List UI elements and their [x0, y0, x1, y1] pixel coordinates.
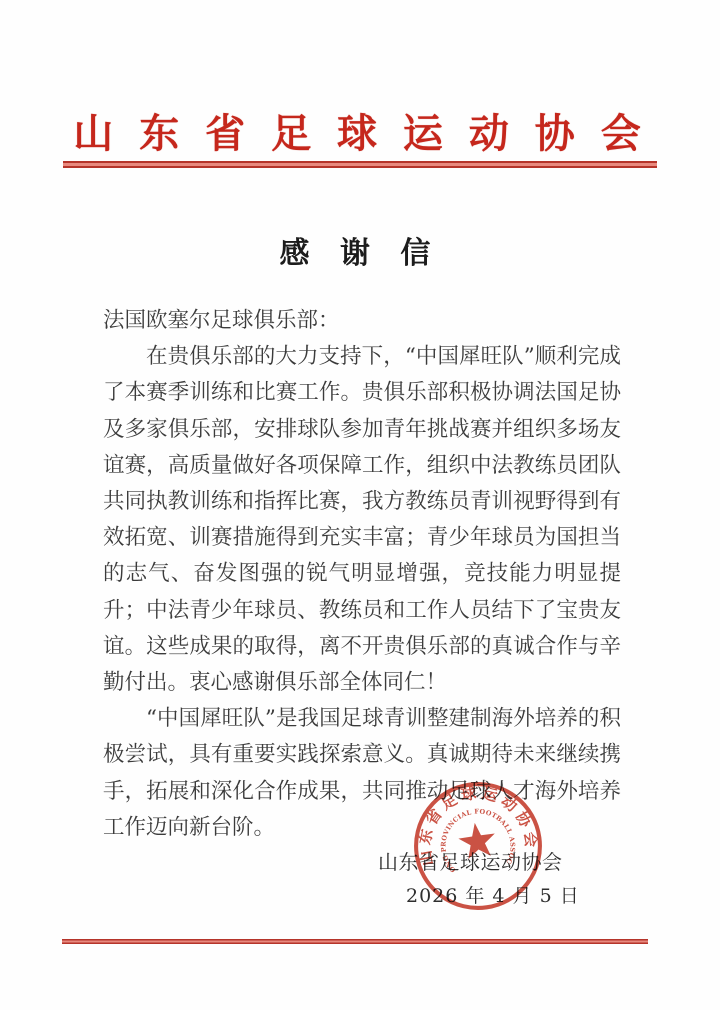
- letterhead-rule: [63, 161, 657, 168]
- letterhead-org-name: 山 东 省 足 球 运 动 协 会: [0, 102, 720, 159]
- seal-chinese-text: 山东省足球运动协会: [408, 776, 541, 867]
- footer-rule: [62, 939, 648, 944]
- salutation: 法国欧塞尔足球俱乐部：: [103, 303, 621, 339]
- body-paragraph-2: “中国犀旺队”是我国足球青训整建制海外培养的积极尝试，具有重要实践探索意义。真诚…: [103, 701, 621, 846]
- letter-title: 感 谢 信: [0, 228, 720, 272]
- seal-star-icon: [457, 820, 498, 860]
- body-paragraph-1: 在贵俱乐部的大力支持下，“中国犀旺队”顺利完成了本赛季训练和比赛工作。贵俱乐部积…: [103, 339, 621, 701]
- letter-page: 山 东 省 足 球 运 动 协 会 感 谢 信 法国欧塞尔足球俱乐部： 在贵俱乐…: [0, 0, 720, 1010]
- letter-body: 法国欧塞尔足球俱乐部： 在贵俱乐部的大力支持下，“中国犀旺队”顺利完成了本赛季训…: [103, 303, 621, 846]
- official-seal-stamp: 山东省足球运动协会 SHANDONG PROVINCIAL FOOTBALL A…: [402, 770, 553, 921]
